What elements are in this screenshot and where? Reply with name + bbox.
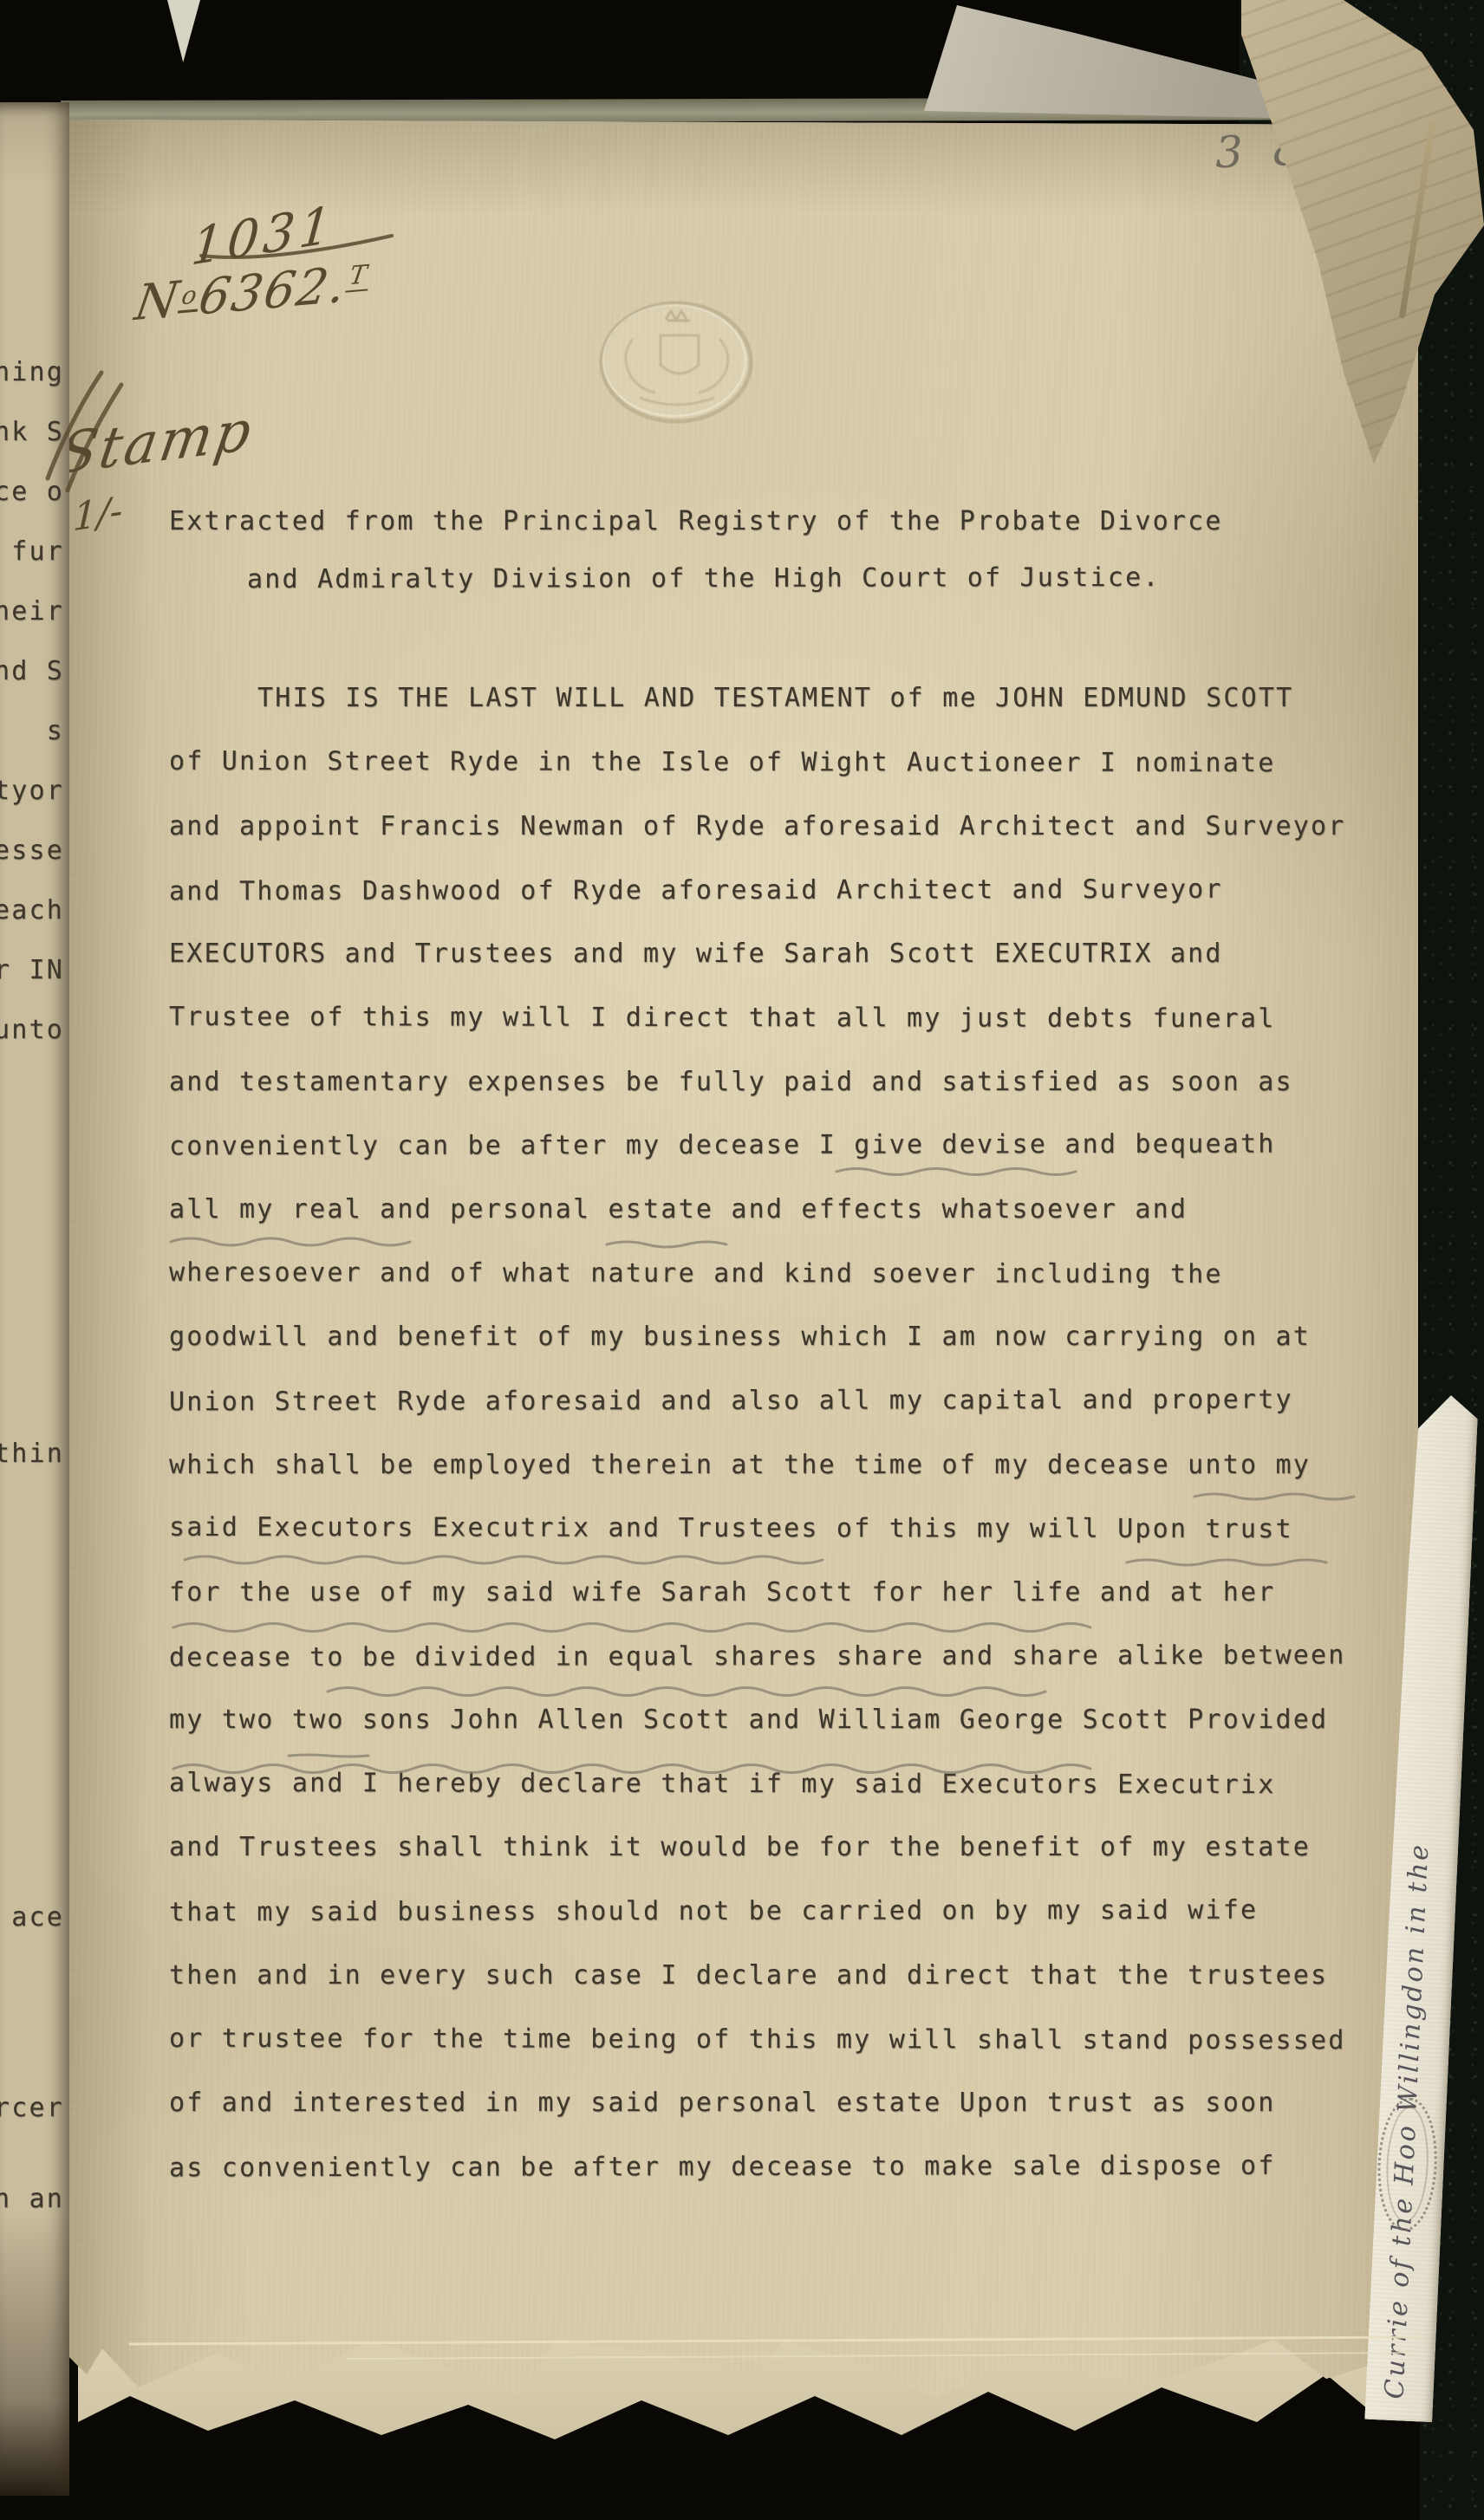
will-page: 1031 No6362.T Stamp 1/- 3 & 4 Extracted …: [69, 120, 1420, 2426]
typed-line: EXECUTORS and Trustees and my wife Sarah…: [169, 941, 1223, 967]
folded-page-wedge: [919, 0, 1274, 121]
previous-page-edge: ythingank Sace ot furheirund Ssrtyorpres…: [0, 102, 69, 2496]
margin-fragment: rtyor: [0, 776, 64, 806]
typed-line: all my real and personal estate and effe…: [169, 1197, 1188, 1223]
typed-line: and Trustees shall think it would be for…: [169, 1835, 1311, 1861]
typed-line: and Thomas Dashwood of Ryde aforesaid Ar…: [169, 877, 1223, 906]
page-corner-fragment: [167, 0, 200, 62]
typed-line: of and interested in my said personal es…: [169, 2090, 1275, 2116]
typed-line: Union Street Ryde aforesaid and also all…: [169, 1387, 1293, 1416]
margin-fragment: ercer: [0, 2093, 64, 2123]
margin-fragment: presse: [0, 835, 64, 866]
margin-fragment: eunto: [0, 1015, 64, 1045]
typed-line: of Union Street Ryde in the Isle of Wigh…: [169, 749, 1276, 776]
margin-fragment: ace o: [0, 477, 64, 507]
margin-fragment: und S: [0, 656, 64, 686]
typed-line: for the use of my said wife Sarah Scott …: [169, 1580, 1275, 1606]
probate-will-book-scan: ythingank Sace ot furheirund Ssrtyorpres…: [0, 0, 1484, 2520]
typed-line: which shall be employed therein at the t…: [169, 1452, 1311, 1478]
typed-line: Extracted from the Principal Registry of…: [169, 509, 1223, 535]
typed-line: and appoint Francis Newman of Ryde afore…: [169, 814, 1346, 840]
typed-line: or trustee for the time being of this my…: [169, 2026, 1346, 2054]
margin-fragment: ything: [0, 357, 64, 387]
typed-line: decease to be divided in equal shares sh…: [169, 1643, 1346, 1672]
margin-fragment: s: [47, 716, 64, 746]
handwritten-grant-number: No6362.T: [131, 255, 373, 333]
handwritten-stamp-note: Stamp: [55, 398, 258, 487]
margin-fragment: son an: [0, 2184, 64, 2214]
typed-line: said Executors Executrix and Trustees of…: [169, 1515, 1293, 1543]
grant-number-superscript: T: [345, 259, 372, 293]
circular-stamp-icon: [1375, 2096, 1440, 2232]
typed-line: my two two sons John Allen Scott and Wil…: [169, 1707, 1328, 1733]
typed-line: and testamentary expenses be fully paid …: [169, 1069, 1293, 1095]
typed-line: goodwill and benefit of my business whic…: [169, 1324, 1311, 1350]
embossed-royal-seal-icon: [598, 297, 754, 427]
handwritten-stamp-duty: 1/-: [72, 489, 123, 541]
margin-fragment: ace: [11, 1902, 64, 1932]
typed-line: Trustee of this my will I direct that al…: [169, 1004, 1276, 1032]
margin-fragment: ank S: [0, 417, 64, 447]
margin-fragment: npeach: [0, 895, 64, 926]
typed-line: then and in every such case I declare an…: [169, 1963, 1328, 1989]
typed-line: conveniently can be after my decease I g…: [169, 1132, 1276, 1160]
typed-line: wheresoever and of what nature and kind …: [169, 1260, 1223, 1288]
margin-fragment: er IN: [0, 955, 64, 985]
typed-line: and Admiralty Division of the High Court…: [247, 565, 1161, 593]
margin-fragment: ithin: [0, 1439, 64, 1469]
margin-fragment: heir: [0, 596, 64, 627]
typed-line: as conveniently can be after my decease …: [169, 2153, 1276, 2182]
margin-fragment: t fur: [0, 536, 64, 567]
grant-number-prefix: N: [131, 271, 184, 333]
typed-line: always and I hereby declare that if my s…: [169, 1770, 1276, 1798]
typed-line: THIS IS THE LAST WILL AND TESTAMENT of m…: [257, 685, 1293, 711]
typed-line: that my said business should not be carr…: [169, 1898, 1258, 1926]
